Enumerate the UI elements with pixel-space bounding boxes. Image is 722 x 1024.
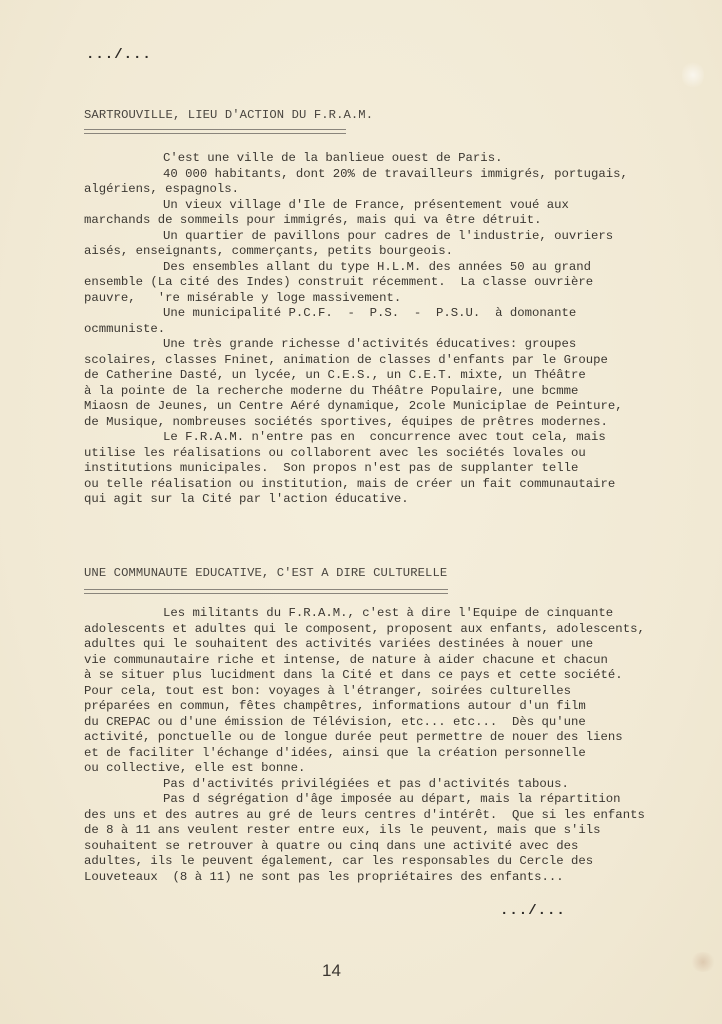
text-line: Le F.R.A.M. n'entre pas en concurrence a… xyxy=(84,430,664,446)
text-line: marchands de sommeils pour immigrés, mai… xyxy=(84,213,664,229)
text-line: ensemble (La cité des Indes) construit r… xyxy=(84,275,664,291)
text-line: algériens, espagnols. xyxy=(84,182,664,198)
text-line: souhaitent se retrouver à quatre ou cinq… xyxy=(84,839,664,855)
text-line: Pas d'activités privilégiées et pas d'ac… xyxy=(84,777,664,793)
continuation-marker-bottom: .../... xyxy=(500,903,566,919)
text-line: Pour cela, tout est bon: voyages à l'étr… xyxy=(84,684,664,700)
text-line: à se situer plus lucidment dans la Cité … xyxy=(84,668,664,684)
paper-stain xyxy=(690,952,716,972)
text-line: Une municipalité P.C.F. - P.S. - P.S.U. … xyxy=(84,306,664,322)
text-line: de Musique, nombreuses sociétés sportive… xyxy=(84,415,664,431)
text-line: de Catherine Dasté, un lycée, un C.E.S.,… xyxy=(84,368,664,384)
text-line: Des ensembles allant du type H.L.M. des … xyxy=(84,260,664,276)
text-line: aisés, enseignants, commerçants, petits … xyxy=(84,244,664,260)
text-line: adultes, ils le peuvent également, car l… xyxy=(84,854,664,870)
text-line: Un vieux village d'Ile de France, présen… xyxy=(84,198,664,214)
section-paragraph: C'est une ville de la banlieue ouest de … xyxy=(84,151,664,430)
text-line: scolaires, classes Fninet, animation de … xyxy=(84,353,664,369)
text-line: adolescents et adultes qui le composent,… xyxy=(84,622,664,638)
text-line: activité, ponctuelle ou de longue durée … xyxy=(84,730,664,746)
text-line: adultes qui le souhaitent des activités … xyxy=(84,637,664,653)
section-heading-sartrouville: SARTROUVILLE, LIEU D'ACTION DU F.R.A.M. xyxy=(84,108,373,122)
text-line: des uns et des autres au gré de leurs ce… xyxy=(84,808,664,824)
text-line: à la pointe de la recherche moderne du T… xyxy=(84,384,664,400)
document-page: .../... SARTROUVILLE, LIEU D'ACTION DU F… xyxy=(0,0,722,1024)
text-line: 40 000 habitants, dont 20% de travailleu… xyxy=(84,167,664,183)
heading-underline xyxy=(84,129,346,134)
text-line: Pas d ségrégation d'âge imposée au dépar… xyxy=(84,792,664,808)
page-number: 14 xyxy=(322,961,341,981)
text-line: Un quartier de pavillons pour cadres de … xyxy=(84,229,664,245)
text-line: ocmmuniste. xyxy=(84,322,664,338)
text-line: vie communautaire riche et intense, de n… xyxy=(84,653,664,669)
text-line: préparées en commun, fêtes champêtres, i… xyxy=(84,699,664,715)
heading-underline xyxy=(84,589,448,594)
text-line: du CREPAC ou d'une émission de Télévisio… xyxy=(84,715,664,731)
text-line: utilise les réalisations ou collaborent … xyxy=(84,446,664,462)
text-line: Les militants du F.R.A.M., c'est à dire … xyxy=(84,606,664,622)
text-line: C'est une ville de la banlieue ouest de … xyxy=(84,151,664,167)
text-line: Louveteaux (8 à 11) ne sont pas les prop… xyxy=(84,870,664,886)
section-paragraph: Les militants du F.R.A.M., c'est à dire … xyxy=(84,606,664,885)
text-line: pauvre, 're misérable y loge massivement… xyxy=(84,291,664,307)
paper-stain xyxy=(682,60,704,90)
text-line: Miaosn de Jeunes, un Centre Aéré dynamiq… xyxy=(84,399,664,415)
text-line: ou collective, elle est bonne. xyxy=(84,761,664,777)
text-line: de 8 à 11 ans veulent rester entre eux, … xyxy=(84,823,664,839)
text-line: et de faciliter l'échange d'idées, ainsi… xyxy=(84,746,664,762)
text-line: ou telle réalisation ou institution, mai… xyxy=(84,477,664,493)
text-line: Une très grande richesse d'activités édu… xyxy=(84,337,664,353)
text-line: institutions municipales. Son propos n'e… xyxy=(84,461,664,477)
section-paragraph: Le F.R.A.M. n'entre pas en concurrence a… xyxy=(84,430,664,508)
section-heading-communaute: UNE COMMUNAUTE EDUCATIVE, C'EST A DIRE C… xyxy=(84,566,447,580)
text-line: qui agit sur la Cité par l'action éducat… xyxy=(84,492,664,508)
continuation-marker-top: .../... xyxy=(86,47,152,63)
